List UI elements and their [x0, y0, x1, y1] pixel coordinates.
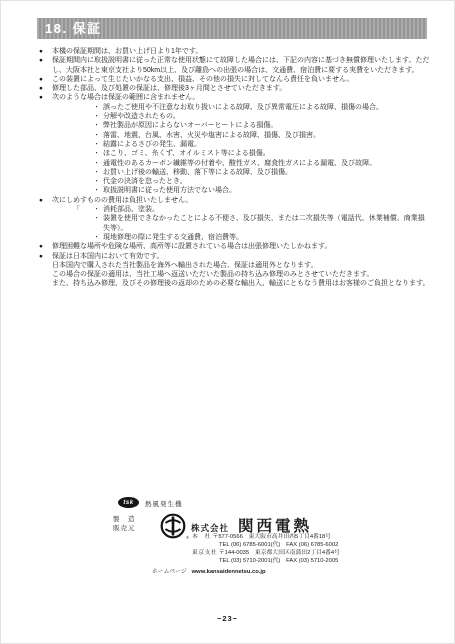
- warranty-note: この場合の保証の適用は、当社工場へ返送いただいた製品の持ち込み修理のみとさせてい…: [39, 270, 431, 279]
- warranty-subitem: ・弊社製品が原因によらないオーバーヒートによる損傷。: [39, 121, 431, 130]
- dot-icon: ・: [93, 159, 103, 168]
- bullet-icon: ●: [39, 196, 52, 205]
- bullet-icon: ●: [39, 47, 52, 56]
- warranty-item-text: 保証は日本国内において有効です。: [52, 252, 431, 261]
- warranty-subitem: ・取扱説明書に従った使用方法でない場合。: [39, 186, 431, 195]
- company-emblem-svg: [160, 513, 186, 539]
- dot-icon: ・: [93, 149, 103, 158]
- warranty-item-text: この装置によって生じたいかなる支出、損益、その他の損失に対してなんら責任を負いま…: [52, 75, 431, 84]
- manual-page: 18. 保証 ●本機の保証期間は、お買い上げ日より1年です。 ●保証期間内に取扱…: [0, 0, 455, 644]
- tsk-logo-icon: tsk: [118, 497, 139, 508]
- dot-icon: ・: [93, 186, 103, 195]
- maker-role-line1: 製 造: [113, 516, 136, 525]
- warranty-subitem: ・分解や改造されたもの。: [39, 112, 431, 121]
- warranty-subitem-text: お買い上げ後の輸送、移動、落下等による故障、及び損傷。: [103, 168, 431, 177]
- dot-icon: ・: [93, 140, 103, 149]
- bullet-icon: ●: [39, 56, 52, 65]
- warranty-subitem: ・誤ったご使用や不注意なお取り扱いによる故障、及び異常電圧による故障、損傷の場合…: [39, 103, 431, 112]
- warranty-item: ●次のような場合は保証の範囲に含まれません。: [39, 93, 431, 102]
- dot-icon: ・: [93, 168, 103, 177]
- warranty-note-text: 日本国内で購入された当社製品を海外へ輸出された場合、保証は適用外となります。: [52, 261, 431, 270]
- maker-role-line2: 販売元: [113, 525, 136, 534]
- warranty-item: ●次にしめすものの費用は負担いたしません。: [39, 196, 431, 205]
- warranty-item-text: 次のような場合は保証の範囲に含まれません。: [52, 93, 431, 102]
- warranty-item: ●修理困難な場所や危険な場所、高所等に設置されている場合は出張修理いたしかねます…: [39, 242, 431, 251]
- warranty-item: ●保証は日本国内において有効です。: [39, 252, 431, 261]
- tokyo-office-address: 東京支社 〒144-0035 東京都大田区南蒲田2丁目4番4号: [192, 549, 340, 557]
- homepage-label: ホームページ: [152, 569, 187, 575]
- warranty-item-text: 修理した部品、及び処置の保証は、修理後3ヶ月間とさせていただきます。: [52, 84, 431, 93]
- warranty-item-text: 修理困難な場所や危険な場所、高所等に設置されている場合は出張修理いたしかねます。: [52, 242, 431, 251]
- warranty-subitem-text: 分解や改造されたもの。: [103, 112, 431, 121]
- warranty-note-text: また、持ち込み修理、及びその修理後の返却のための必要な輸出入、輸送にともなう費用…: [52, 279, 431, 288]
- warranty-subitem: ・代金の決済を怠ったとき。: [39, 177, 431, 186]
- head-office-label: 本 社: [192, 534, 211, 540]
- bullet-icon: ●: [39, 93, 52, 102]
- warranty-subitem-text: 消耗部品、塗装。: [103, 205, 431, 214]
- warranty-subitem-text: ほこり、ゴミ、糸くず、オイルミスト等による損傷。: [103, 149, 431, 158]
- dot-icon: ・: [93, 205, 103, 214]
- dot-icon: ・: [93, 112, 103, 121]
- maker-role-label: 製 造 販売元: [113, 516, 136, 533]
- bullet-icon: ●: [39, 84, 52, 93]
- warranty-subitem: ・通電性のあるカーボン繊維等の付着や、酸性ガス、腐食性ガスによる漏電、及び故障。: [39, 159, 431, 168]
- head-office-address-text: 〒577-0566 東大阪市高井田西5丁目4番18号: [213, 534, 332, 540]
- warranty-subitem-text: 代金の決済を怠ったとき。: [103, 177, 431, 186]
- bullet-icon: ●: [39, 75, 52, 84]
- warranty-subitem: ・ほこり、ゴミ、糸くず、オイルミスト等による損傷。: [39, 149, 431, 158]
- quote-mark: 「: [73, 205, 93, 214]
- company-emblem-icon: ®: [160, 513, 186, 539]
- warranty-subitem-text: 弊社製品が原因によらないオーバーヒートによる損傷。: [103, 121, 431, 130]
- registered-mark: ®: [186, 535, 189, 540]
- warranty-item-text: 本機の保証期間は、お買い上げ日より1年です。: [52, 47, 431, 56]
- warranty-subitem: ・落雷、地震、台風、水害、火災や塩害による故障、損傷、及び損害。: [39, 131, 431, 140]
- warranty-note-text: この場合の保証の適用は、当社工場へ返送いただいた製品の持ち込み修理のみとさせてい…: [52, 270, 431, 279]
- warranty-subitem-text: 現地修理の際に発生する交通費、宿泊費等。: [103, 233, 431, 242]
- warranty-item: ●この装置によって生じたいかなる支出、損益、その他の損失に対してなんら責任を負い…: [39, 75, 431, 84]
- warranty-subitem: ・装置を使用できなかったことによる不便さ、及び損失、または二次損失等（電話代、休…: [39, 214, 431, 233]
- warranty-item: ●本機の保証期間は、お買い上げ日より1年です。: [39, 47, 431, 56]
- tokyo-office-tel: TEL (03) 5710-2001(代) FAX (03) 5710-2005: [219, 557, 338, 565]
- warranty-item-text: 保証期間内に取扱説明書に従った正常な使用状態にて故障した場合には、下記の内容に基…: [52, 56, 431, 75]
- warranty-note: 日本国内で購入された当社製品を海外へ輸出された場合、保証は適用外となります。: [39, 261, 431, 270]
- head-office-tel: TEL (06) 6785-6001(代) FAX (06) 6785-6002: [219, 541, 338, 549]
- dot-icon: ・: [93, 214, 103, 223]
- tokyo-office-label: 東京支社: [192, 550, 217, 556]
- warranty-subitem-text: 装置を使用できなかったことによる不便さ、及び損失、または二次損失等（電話代、休業…: [103, 214, 431, 233]
- warranty-note: また、持ち込み修理、及びその修理後の返却のための必要な輸出入、輸送にともなう費用…: [39, 279, 431, 288]
- warranty-subitem-text: 誤ったご使用や不注意なお取り扱いによる故障、及び異常電圧による故障、損傷の場合。: [103, 103, 431, 112]
- warranty-item: ●修理した部品、及び処置の保証は、修理後3ヶ月間とさせていただきます。: [39, 84, 431, 93]
- page-number: −23−: [1, 614, 454, 623]
- bullet-icon: ●: [39, 252, 52, 261]
- dot-icon: ・: [93, 103, 103, 112]
- homepage-row: ホームページwww.kansaidennetsu.co.jp: [152, 566, 266, 575]
- warranty-item: ●保証期間内に取扱説明書に従った正常な使用状態にて故障した場合には、下記の内容に…: [39, 56, 431, 75]
- warranty-subitem: ・現地修理の際に発生する交通費、宿泊費等。: [39, 233, 431, 242]
- dot-icon: ・: [93, 121, 103, 130]
- section-title: 18. 保証: [37, 18, 427, 39]
- warranty-subitem-text: 取扱説明書に従った使用方法でない場合。: [103, 186, 431, 195]
- bullet-icon: ●: [39, 242, 52, 251]
- warranty-subitem-text: 落雷、地震、台風、水害、火災や塩害による故障、損傷、及び損害。: [103, 131, 431, 140]
- tsk-logo-text: tsk: [123, 500, 133, 506]
- warranty-subitem-text: 結露によるさびの発生、漏電。: [103, 140, 431, 149]
- tokyo-office-address-text: 〒144-0035 東京都大田区南蒲田2丁目4番4号: [219, 550, 340, 556]
- product-type-label: 熱風発生機: [145, 499, 183, 508]
- warranty-subitem: ・結露によるさびの発生、漏電。: [39, 140, 431, 149]
- homepage-url: www.kansaidennetsu.co.jp: [192, 569, 266, 575]
- warranty-item-text: 次にしめすものの費用は負担いたしません。: [52, 196, 431, 205]
- dot-icon: ・: [93, 177, 103, 186]
- warranty-subitem-text: 通電性のあるカーボン繊維等の付着や、酸性ガス、腐食性ガスによる漏電、及び故障。: [103, 159, 431, 168]
- warranty-terms: ●本機の保証期間は、お買い上げ日より1年です。 ●保証期間内に取扱説明書に従った…: [39, 47, 431, 289]
- warranty-subitem: ・お買い上げ後の輸送、移動、落下等による故障、及び損傷。: [39, 168, 431, 177]
- head-office-address: 本 社 〒577-0566 東大阪市高井田西5丁目4番18号: [192, 533, 331, 541]
- dot-icon: ・: [93, 131, 103, 140]
- dot-icon: ・: [93, 233, 103, 242]
- warranty-subitem: 「・消耗部品、塗装。: [39, 205, 431, 214]
